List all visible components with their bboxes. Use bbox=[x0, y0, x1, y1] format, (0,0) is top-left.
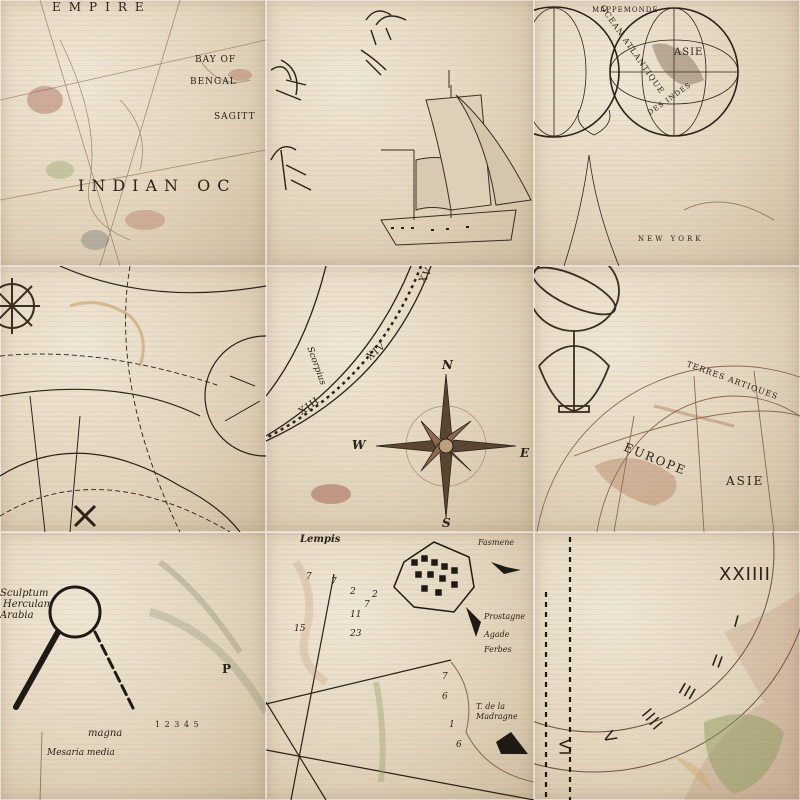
label-fasmene: Fasmene bbox=[478, 538, 514, 547]
label-sculptum: Sculptum bbox=[0, 588, 48, 599]
sounding: 7 bbox=[364, 600, 370, 610]
tile-compass-rose: N S E W XIII XIV XV Scorpius bbox=[266, 266, 534, 532]
label-magna: magna bbox=[88, 728, 122, 739]
label-asie-globe: ASIE bbox=[726, 474, 764, 488]
tile-drafting-compass: Sculptum Herculam Arabia magna Mesaria m… bbox=[0, 532, 266, 800]
label-lempis: Lempis bbox=[300, 534, 340, 545]
label-agade: Agade bbox=[484, 630, 510, 639]
compass-west: W bbox=[352, 438, 365, 452]
sounding: 6 bbox=[456, 740, 462, 750]
tile-mosaic: EMPIRE BAY OF BENGAL SAGITT INDIAN OC bbox=[0, 0, 800, 800]
sounding: 6 bbox=[442, 692, 448, 702]
sounding: 11 bbox=[350, 610, 361, 620]
map-lines-graphic bbox=[0, 0, 266, 266]
tile-indian-ocean-map: EMPIRE BAY OF BENGAL SAGITT INDIAN OC bbox=[0, 0, 266, 266]
label-arabia: Arabia bbox=[0, 610, 34, 621]
label-herculam: Herculam bbox=[3, 599, 53, 610]
label-ferbes: Ferbes bbox=[484, 645, 512, 654]
compass-east: E bbox=[520, 446, 529, 460]
sounding: 2 bbox=[372, 590, 378, 600]
hour-vi: VI bbox=[555, 739, 574, 757]
label-prostagne: Prostagne bbox=[484, 612, 525, 621]
armillary-sphere-graphic bbox=[534, 266, 800, 532]
tile-mappemonde: MAPPEMONDE OCEAN ATLANTIQUE ASIE DES IND… bbox=[534, 0, 800, 266]
label-mesaria: Mesaria media bbox=[47, 748, 115, 758]
label-asie: ASIE bbox=[674, 47, 703, 58]
label-bengal: BENGAL bbox=[190, 77, 237, 87]
tile-sundial-ring: XXIIII I II III IIII V VI bbox=[534, 532, 800, 800]
label-new-york: NEW YORK bbox=[638, 235, 704, 243]
sounding: 7 bbox=[442, 672, 448, 682]
sounding: 1 bbox=[449, 720, 455, 730]
sounding: 23 bbox=[350, 629, 361, 639]
label-madragne: T. de la Madragne bbox=[476, 702, 522, 722]
sounding: 7 bbox=[331, 577, 337, 587]
compass-north: N bbox=[442, 358, 453, 372]
ship-illustration bbox=[266, 0, 534, 266]
sounding: 7 bbox=[306, 572, 312, 582]
compass-south: S bbox=[442, 516, 451, 530]
label-p: P bbox=[222, 662, 233, 676]
tile-sailing-ship bbox=[266, 0, 534, 266]
tile-ship-wheel bbox=[0, 266, 266, 532]
label-indian-ocean: INDIAN OC bbox=[78, 176, 236, 195]
label-scale: 1 2 3 4 5 bbox=[155, 720, 200, 729]
label-bay-of: BAY OF bbox=[195, 55, 236, 65]
ship-wheel-graphic bbox=[0, 266, 266, 532]
sounding: 15 bbox=[294, 624, 305, 634]
hour-xxiiii: XXIIII bbox=[719, 564, 771, 585]
sounding: 2 bbox=[350, 587, 356, 597]
label-empire: EMPIRE bbox=[52, 0, 152, 14]
tile-harbor-chart: Lempis Fasmene Prostagne Agade Ferbes T.… bbox=[266, 532, 534, 800]
tile-armillary-globe: TERRES ARTIQUES EUROPE ASIE bbox=[534, 266, 800, 532]
compass-rose-graphic bbox=[266, 266, 534, 532]
label-sagitt: SAGITT bbox=[214, 112, 256, 122]
double-hemisphere-graphic bbox=[534, 0, 800, 266]
